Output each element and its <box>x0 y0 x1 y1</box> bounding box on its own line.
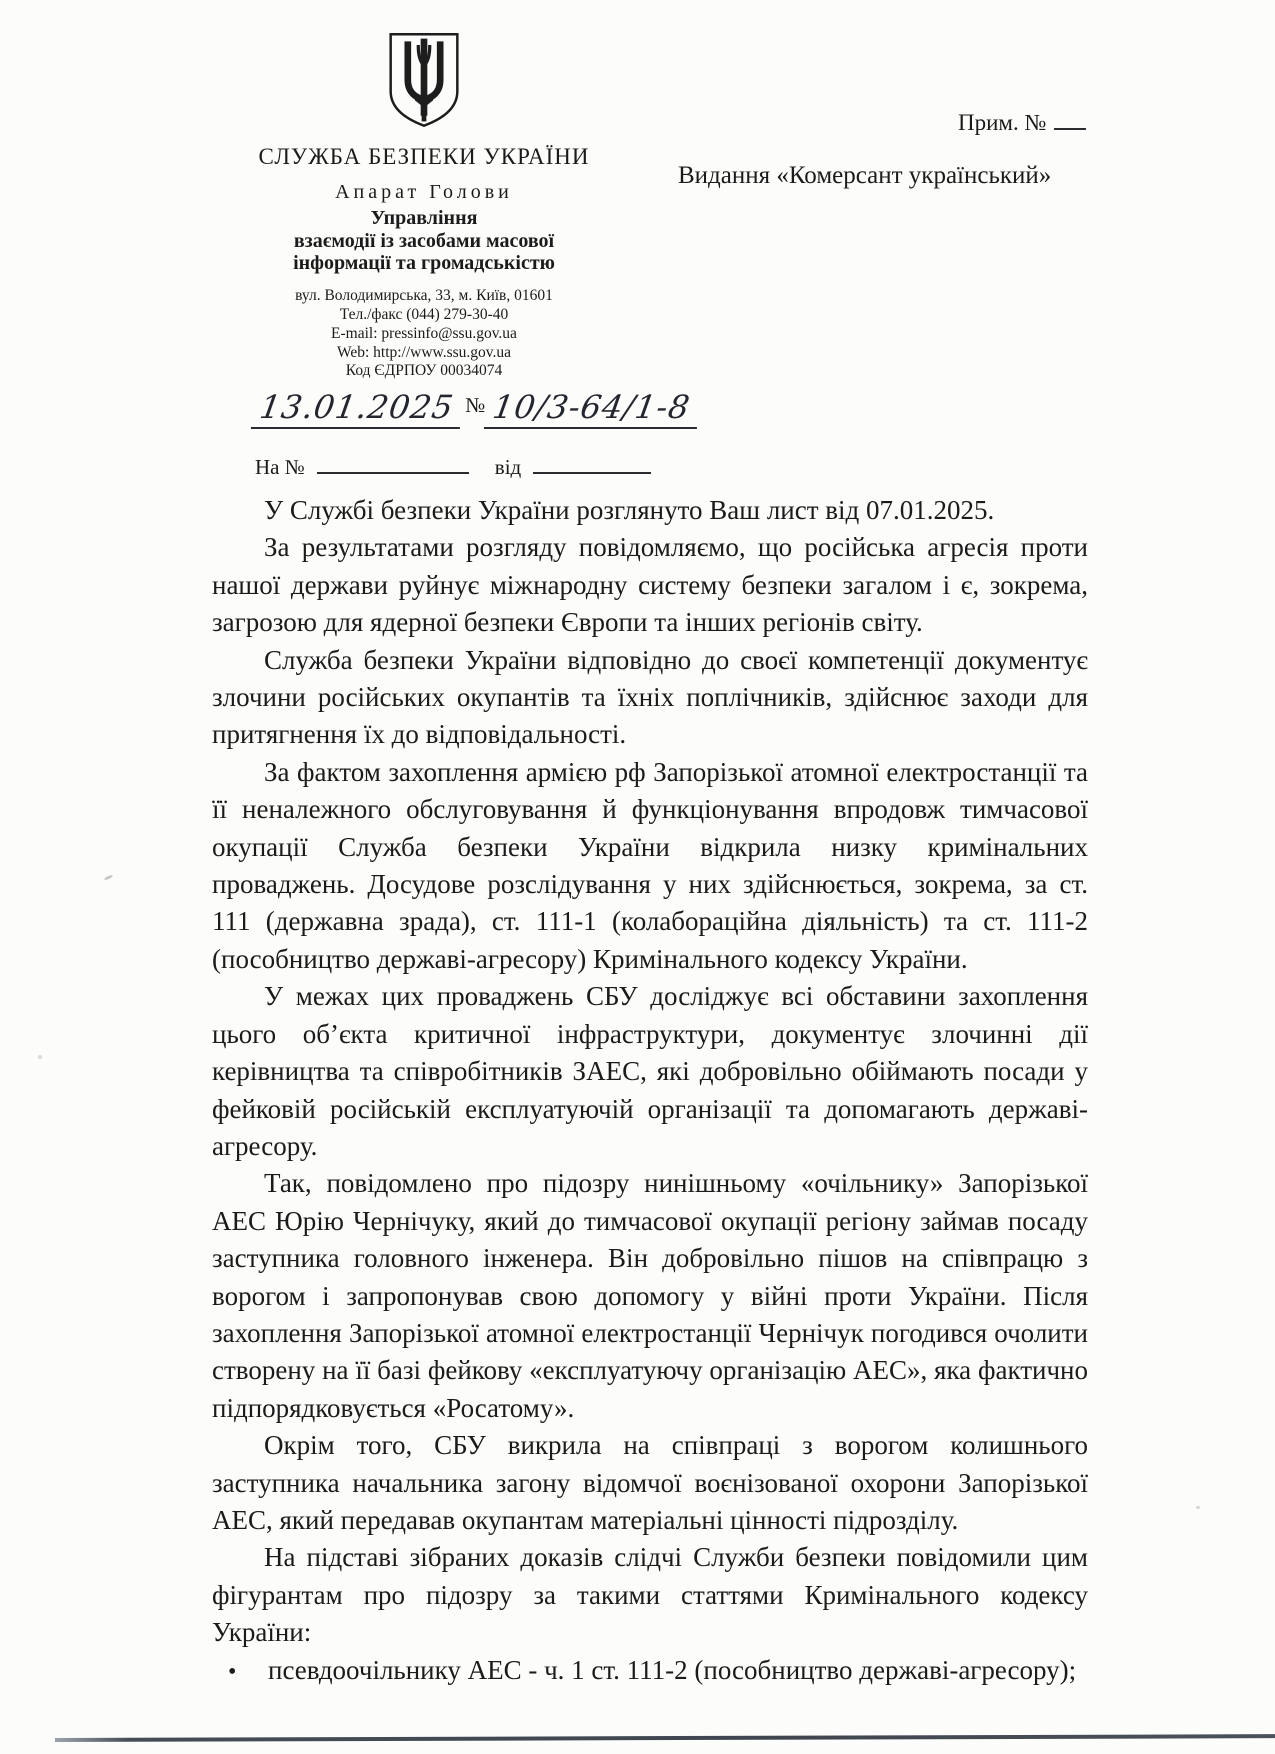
ref-label: На № <box>255 455 305 479</box>
bullet-item: •псевдоочільнику АЕС - ч. 1 ст. 111-2 (п… <box>212 1652 1088 1691</box>
bullet-text: псевдоочільнику АЕС - ч. 1 ст. 111-2 (по… <box>268 1655 1076 1685</box>
handwritten-date: 13.01.2025 <box>251 388 467 429</box>
email-line: E-mail: pressinfo@ssu.gov.ua <box>228 325 620 344</box>
paragraph: Окрім того, СБУ викрила на співпраці з в… <box>212 1427 1088 1539</box>
paragraph: На підставі зібраних доказів слідчі Служ… <box>212 1539 1088 1651</box>
edrpou-line: Код ЄДРПОУ 00034074 <box>228 362 620 381</box>
paragraph: За фактом захоплення армією рф Запорізьк… <box>212 754 1088 978</box>
address-line: вул. Володимирська, 33, м. Київ, 01601 <box>228 287 620 306</box>
scan-speck <box>38 1055 42 1059</box>
copy-number: Прим. № <box>958 106 1086 136</box>
org-name: СЛУЖБА БЕЗПЕКИ УКРАЇНИ <box>228 144 620 170</box>
paragraph: Служба безпеки України відповідно до сво… <box>212 642 1088 754</box>
handwritten-doc-number: 10/3-64/1-8 <box>484 388 703 429</box>
letter-body: У Службі безпеки України розглянуто Ваш … <box>212 492 1088 1691</box>
bullet-icon: • <box>228 1654 268 1691</box>
letterhead: СЛУЖБА БЕЗПЕКИ УКРАЇНИ Апарат Голови Упр… <box>228 30 620 480</box>
ref-number-blank <box>317 452 469 474</box>
paragraph: Так, повідомлено про підозру нинішньому … <box>212 1165 1088 1427</box>
scan-edge-artifact <box>55 1734 1275 1742</box>
paragraph: За результатами розгляду повідомляємо, щ… <box>212 529 1088 641</box>
coat-of-arms-trident-icon <box>384 30 464 130</box>
document-number-row: 13.01.2025№10/3-64/1-8 <box>228 388 620 430</box>
division-line: Управління <box>228 207 620 230</box>
paragraph: У межах цих проваджень СБУ досліджує всі… <box>212 978 1088 1165</box>
ref-date-blank <box>533 452 651 474</box>
scan-speck <box>1196 1506 1200 1509</box>
copy-number-blank <box>1054 106 1086 130</box>
division-line: інформації та громадськістю <box>228 252 620 275</box>
web-line: Web: http://www.ssu.gov.ua <box>228 344 620 363</box>
addressee-line: Видання «Комерсант український» <box>678 162 1051 190</box>
ref-from-label: від <box>495 455 521 479</box>
scan-speck <box>104 874 113 881</box>
scanned-letter-page: Прим. № Видання «Комерсант український» … <box>0 0 1275 1754</box>
department-name: Апарат Голови <box>228 181 620 204</box>
division-line: взаємодії із засобами масової <box>228 230 620 253</box>
contact-block: вул. Володимирська, 33, м. Київ, 01601 Т… <box>228 287 620 382</box>
reference-row: На №від <box>228 452 620 480</box>
phone-line: Тел./факс (044) 279-30-40 <box>228 306 620 325</box>
division-name: Управління взаємодії із засобами масової… <box>228 207 620 275</box>
copy-number-label: Прим. № <box>958 110 1046 135</box>
paragraph: У Службі безпеки України розглянуто Ваш … <box>212 492 1088 529</box>
number-sign: № <box>465 393 485 417</box>
